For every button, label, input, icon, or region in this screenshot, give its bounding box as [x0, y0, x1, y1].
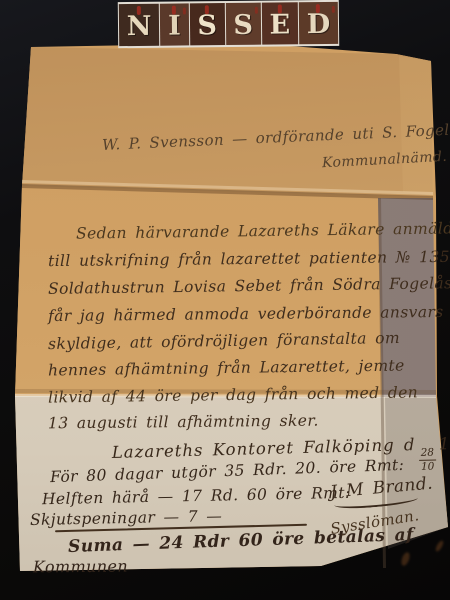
- body-line: 13 augusti till afhämtning sker.: [48, 412, 319, 433]
- red-figure-icon: [205, 5, 209, 14]
- red-figure-icon: [255, 7, 258, 14]
- red-figure-icon: [278, 4, 282, 13]
- date-fraction: 2810: [419, 447, 437, 471]
- nissed-watermark: N I S S E D: [118, 0, 339, 48]
- red-figure-icon: [137, 6, 141, 15]
- watermark-letter-tile: E: [262, 2, 299, 44]
- red-figure-icon: [182, 7, 185, 14]
- red-figure-icon: [172, 6, 176, 15]
- photo-of-letter: N I S S E D W. P. Svensson — ordförande …: [0, 0, 450, 600]
- red-figure-icon: [316, 4, 320, 13]
- date-year: 1870.: [439, 433, 450, 453]
- stain: [400, 551, 411, 567]
- watermark-letter-tile: I: [160, 3, 189, 45]
- red-figure-icon: [332, 6, 335, 13]
- date-month: 10: [421, 460, 435, 472]
- date-day: 28: [419, 447, 437, 460]
- watermark-letter-tile: D: [299, 2, 338, 44]
- stain: [434, 540, 444, 553]
- watermark-letter-tile: S: [189, 3, 225, 45]
- accounting-payer-line: Kommunen: [33, 557, 128, 577]
- watermark-letter-tile: S: [225, 3, 261, 45]
- watermark-letter-tile: N: [119, 4, 160, 46]
